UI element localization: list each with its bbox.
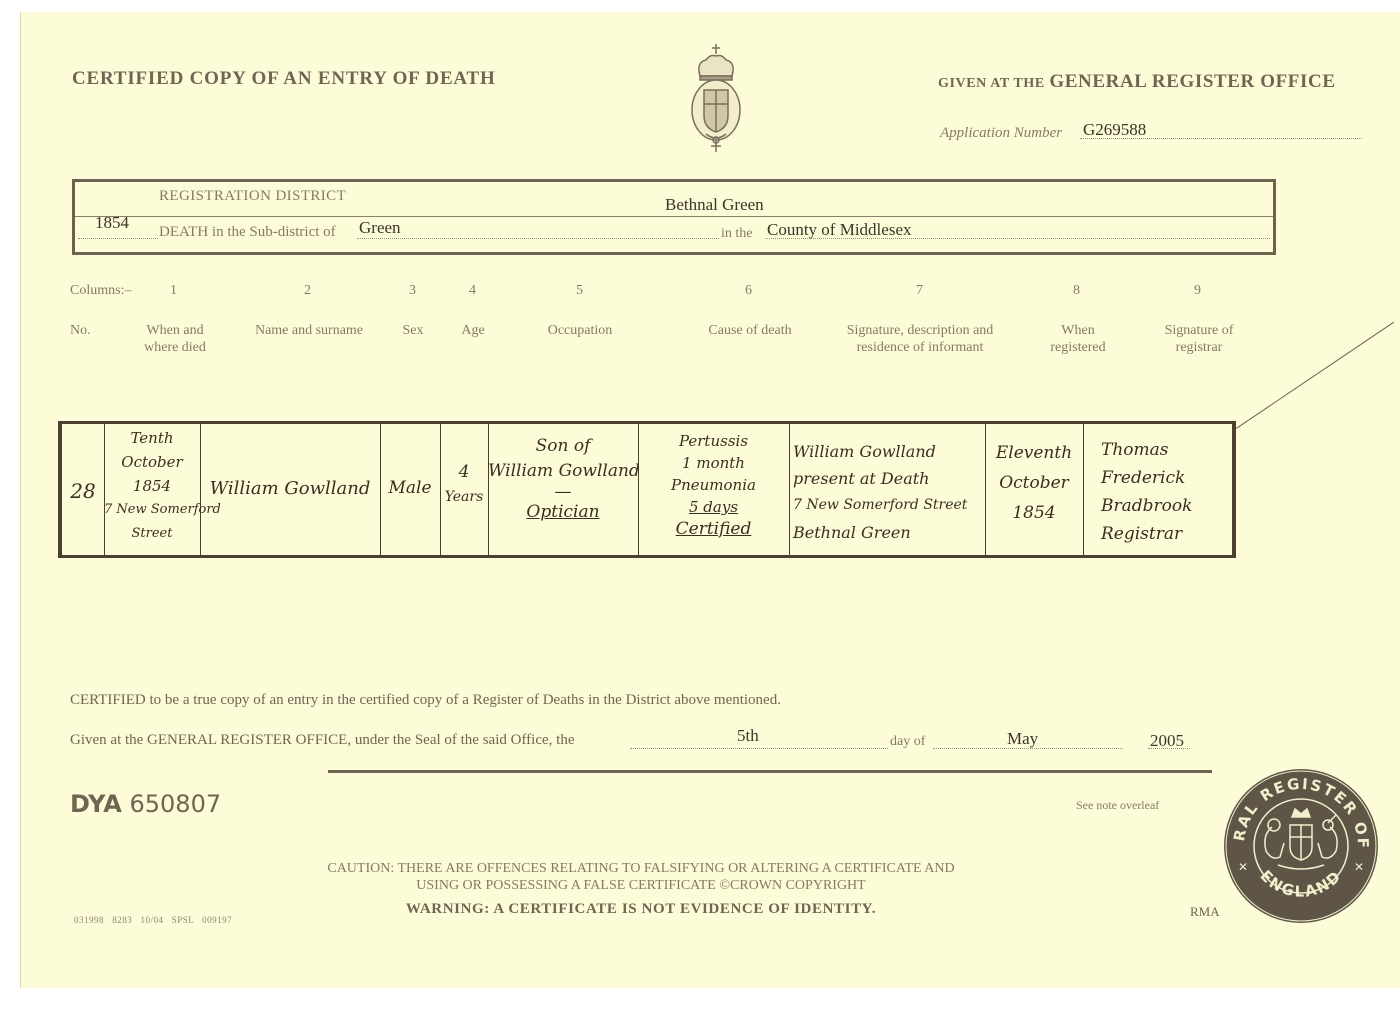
column-number: 6 <box>745 283 752 299</box>
header-age: Age <box>453 322 493 339</box>
when-registered: Eleventh October 1854 <box>985 438 1083 528</box>
header-occupation: Occupation <box>530 322 630 339</box>
cause-of-death: Pertussis 1 month Pneumonia 5 days Certi… <box>638 430 789 540</box>
application-number-label: Application Number <box>940 125 1062 142</box>
day-of-label: day of <box>890 734 925 750</box>
registered-year: 1854 <box>985 498 1083 528</box>
registration-year: 1854 <box>95 213 129 233</box>
death-place: 7 New Somerford <box>104 498 200 522</box>
certificate-title: CERTIFIED COPY OF AN ENTRY OF DEATH <box>72 68 496 90</box>
given-at-statement: Given at the GENERAL REGISTER OFFICE, un… <box>70 732 575 749</box>
deceased-name: William Gowlland <box>200 476 380 501</box>
cause-line: 5 days <box>638 496 789 518</box>
serial-number: 650807 <box>129 790 221 818</box>
when-where-died: Tenth October 1854 7 New Somerford Stree… <box>104 426 200 546</box>
issue-day: 5th <box>737 726 759 746</box>
identity-warning: WARNING: A CERTIFICATE IS NOT EVIDENCE O… <box>318 901 964 918</box>
given-at-label: GIVEN AT THE <box>938 76 1045 91</box>
header-registrar: Signature of registrar <box>1154 322 1244 356</box>
column-number: 7 <box>916 283 923 299</box>
dotted-line <box>78 238 158 239</box>
informant-line: William Gowlland <box>793 438 989 465</box>
registrar-line: Bradbrook <box>1101 492 1251 520</box>
occupation-line: Optician <box>488 500 638 525</box>
registrar-signature: Thomas Frederick Bradbrook Registrar <box>1083 436 1251 548</box>
sex: Male <box>380 476 440 501</box>
column-number: 2 <box>304 283 311 299</box>
sub-district-label: DEATH in the Sub-district of <box>159 224 336 241</box>
see-note-overleaf: See note overleaf <box>1076 798 1159 813</box>
age-unit: Years <box>440 485 488 510</box>
occupation: Son of William Gowlland — Optician <box>488 434 638 525</box>
divider-rule <box>328 770 1212 773</box>
registered-day: Eleventh <box>985 438 1083 468</box>
dotted-line <box>1148 748 1190 749</box>
registrar-line: Frederick <box>1101 464 1251 492</box>
death-year: 1854 <box>104 474 200 498</box>
age-value: 4 <box>440 460 488 485</box>
in-the-label: in the <box>721 226 753 242</box>
entry-number: 28 <box>62 479 104 504</box>
death-day: Tenth <box>104 426 200 450</box>
death-month: October <box>104 450 200 474</box>
informant-line: Bethnal Green <box>793 519 989 546</box>
office-name: GENERAL REGISTER OFFICE <box>1049 71 1335 92</box>
informant-line: present at Death <box>793 465 989 492</box>
caution-notice: CAUTION: THERE ARE OFFENCES RELATING TO … <box>318 860 964 894</box>
sub-district: Green <box>359 218 401 238</box>
svg-text:✕: ✕ <box>1354 860 1364 874</box>
header-name: Name and surname <box>244 322 374 339</box>
issue-month: May <box>1007 729 1038 749</box>
serial-prefix: DYA <box>70 790 122 818</box>
certification-statement: CERTIFIED to be a true copy of an entry … <box>70 692 781 709</box>
registrar-line: Thomas <box>1101 436 1251 464</box>
dotted-line <box>1080 138 1362 139</box>
occupation-line: William Gowlland <box>488 459 638 484</box>
registrar-line: Registrar <box>1101 520 1251 548</box>
registration-district-label: REGISTRATION DISTRICT <box>159 188 346 205</box>
cause-certified: Certified <box>638 518 789 540</box>
header-no: No. <box>70 322 100 339</box>
dotted-line <box>357 238 719 239</box>
death-entry-row: 28 Tenth October 1854 7 New Somerford St… <box>58 421 1236 558</box>
age: 4 Years <box>440 460 488 510</box>
column-number: 4 <box>469 283 476 299</box>
divider <box>75 216 1273 217</box>
cause-line: Pneumonia <box>638 474 789 496</box>
print-code: 031998 8283 10/04 SPSL 009197 <box>74 915 232 925</box>
certificate-serial: DYA 650807 <box>70 790 221 818</box>
registered-month: October <box>985 468 1083 498</box>
general-register-office-seal-icon: GENERAL REGISTER OFFICE ENGLAND ✕ ✕ <box>1222 767 1380 925</box>
informant-line: 7 New Somerford Street <box>793 492 989 519</box>
cause-line: 1 month <box>638 452 789 474</box>
columns-label: Columns:– <box>70 283 131 299</box>
column-number: 3 <box>409 283 416 299</box>
header-when-registered: When registered <box>1038 322 1118 356</box>
dotted-line <box>765 238 1270 239</box>
registration-box: REGISTRATION DISTRICT Bethnal Green 1854… <box>72 179 1276 255</box>
royal-crest-icon <box>686 42 746 157</box>
header-sex: Sex <box>393 322 433 339</box>
application-number: G269588 <box>1083 120 1146 140</box>
dotted-line <box>630 748 888 749</box>
column-number: 1 <box>170 283 177 299</box>
cause-line: Pertussis <box>638 430 789 452</box>
column-number: 9 <box>1194 283 1201 299</box>
header-cause: Cause of death <box>695 322 805 339</box>
occupation-line: — <box>488 484 638 500</box>
occupation-line: Son of <box>488 434 638 459</box>
column-number: 5 <box>576 283 583 299</box>
death-place-street: Street <box>104 522 200 546</box>
header-informant: Signature, description and residence of … <box>835 322 1005 356</box>
issuing-office: GIVEN AT THE GENERAL REGISTER OFFICE <box>938 71 1336 93</box>
registration-district: Bethnal Green <box>665 195 764 215</box>
column-number: 8 <box>1073 283 1080 299</box>
county: County of Middlesex <box>767 220 912 240</box>
informant: William Gowlland present at Death 7 New … <box>789 438 989 546</box>
svg-text:✕: ✕ <box>1238 860 1248 874</box>
header-when-where: When and where died <box>135 322 215 356</box>
rma-mark: RMA <box>1190 904 1220 920</box>
